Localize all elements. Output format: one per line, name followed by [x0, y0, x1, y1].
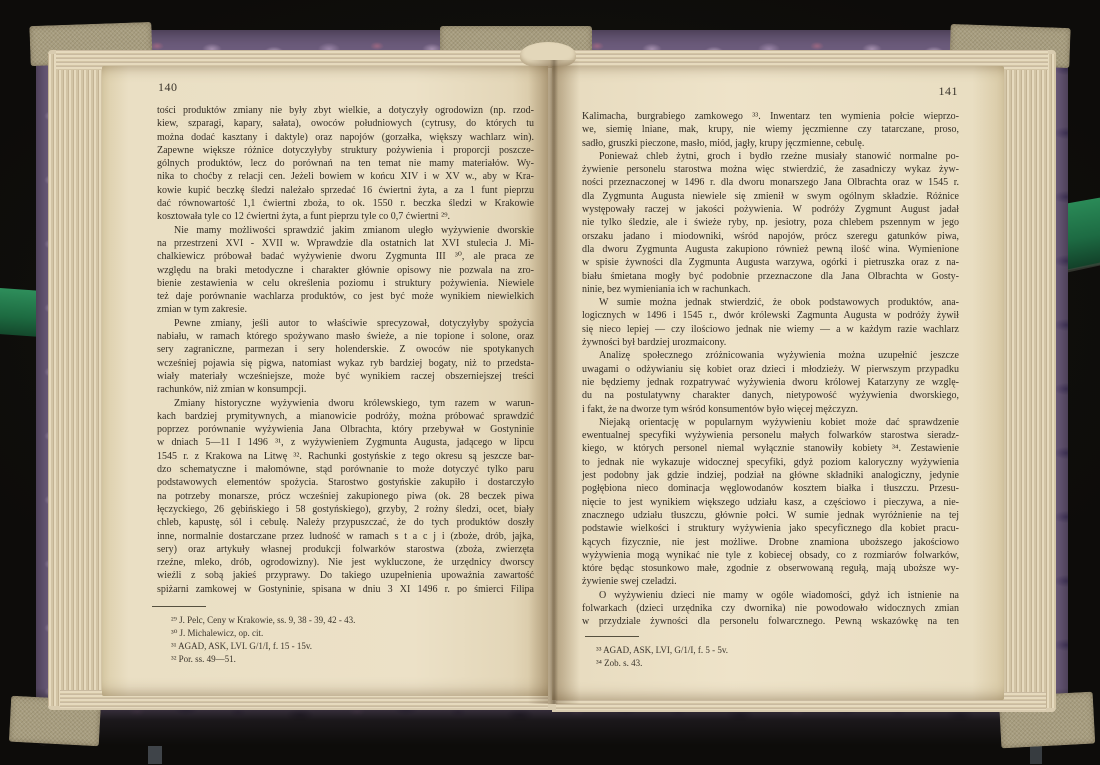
text-line: nie tylko śledzie, ale i świeże ryby, np…: [582, 216, 959, 229]
text-line: bienie zestawienia w celu określenia poz…: [157, 277, 534, 290]
body-text-right: Kalimacha, burgrabiego zamkowego ³³. Inw…: [582, 110, 959, 629]
text-line: Ponieważ chleb żytni, groch i bydło rzeź…: [582, 150, 959, 163]
text-line: ewentualnej specyfiki wyżywienia persone…: [582, 429, 959, 442]
text-line: jest podobny jak gdzie indziej, podział …: [582, 469, 959, 482]
text-line: Zapewne większe różnice dotyczyłyby stru…: [157, 144, 534, 157]
text-line: chleb, kapustę, sól i cebulę. Należy prz…: [157, 516, 534, 529]
text-line: kach bardziej prymitywnych, a mianowicie…: [157, 410, 534, 423]
text-line: też daje porównanie wachlarza produktów,…: [157, 290, 534, 303]
text-line: logicznych w 1496 i 1545 r., dwór królew…: [582, 309, 959, 322]
text-line: du na postulatywny charakter danych, nie…: [582, 389, 959, 402]
footnote-rule-left: [152, 606, 206, 607]
text-line: w przydziale żywności dla personelu folw…: [582, 615, 959, 628]
text-line: w dniach 5—11 I 1496 ³¹, z wyżywieniem Z…: [157, 436, 534, 449]
text-line: tości produktów zmiany nie były zbyt wie…: [157, 104, 534, 117]
footnote-line: ³² Por. ss. 49—51.: [157, 653, 534, 666]
text-line: żywności był bardziej urozmaicony.: [582, 336, 959, 349]
text-line: wieźli z sobą jakieś przyprawy. Do takie…: [157, 569, 534, 582]
text-line: na potrzeby monarsze, prócz wcześniej za…: [157, 490, 534, 503]
footnotes-right: ³³ AGAD, ASK, LVI, G/1/I, f. 5 - 5v.³⁴ Z…: [582, 644, 959, 670]
gutter-shadow: [528, 60, 580, 704]
text-line: O wyżywieniu dzieci nie mamy w ogóle wia…: [582, 589, 959, 602]
page-number-left: 140: [158, 80, 178, 95]
text-line: wiały materiały wcześniejsze, może być w…: [157, 370, 534, 383]
text-line: podstawie wielkości i struktury wyżywien…: [582, 522, 959, 535]
text-line: poprzez porównanie wyżywienia Jana Olbra…: [157, 423, 534, 436]
page-number-right: 141: [582, 84, 958, 99]
text-line: orszaku jadano i miodowniki, wśród napoj…: [582, 230, 959, 243]
text-line: Niejaką orientację w popularnym wyżywien…: [582, 416, 959, 429]
text-line: się nieco lepiej — czy ilościowo jednak …: [582, 323, 959, 336]
text-line: kosztowała tyle co 12 ćwiertni żyta, a f…: [157, 210, 534, 223]
text-line: dla Zygmunta Augusta niewiele się zmieni…: [582, 190, 959, 203]
text-line: uwagami o odżywianiu się kobiet oraz dzi…: [582, 363, 959, 376]
text-line: W sumie można jednak stwierdzić, że obok…: [582, 296, 959, 309]
text-line: w spisie żywności dla Zygmunta Augusta w…: [582, 256, 959, 269]
text-line: i fakt, że na dworze tym wśród konsument…: [582, 403, 959, 416]
text-line: względu na braki metodyczne i charakter …: [157, 264, 534, 277]
footnote-line: ³¹ AGAD, ASK, LVI. G/1/I, f. 15 - 15v.: [157, 640, 534, 653]
text-line: nabiału, w ramach którego spożywano masł…: [157, 330, 534, 343]
text-line: żywienie personelu starostwa można więc …: [582, 163, 959, 176]
text-line: rachunków, niż zmian w konsumpcji.: [157, 383, 534, 396]
text-line: ności przeznaczonej w 1496 r. dla dworu …: [582, 176, 959, 189]
text-line: sadło, gruszki pieczone, masło, miód, ja…: [582, 137, 959, 150]
text-line: spiżarni zamkowej w Gostyninie, spisana …: [157, 583, 534, 596]
text-line: nika to choćby z relacji cen. Jeżeli bow…: [157, 170, 534, 183]
text-line: Nie mamy możliwości sprawdzić jakim zmia…: [157, 224, 534, 237]
text-line: to jednak nie wykazuje widocznej specyfi…: [582, 456, 959, 469]
text-line: pogłębiona nieco dominacja węglowodanów …: [582, 482, 959, 495]
text-line: Analizę społecznego zróżnicowania wyżywi…: [582, 349, 959, 362]
text-line: wcześniej pojawia się pigwa, natomiast w…: [157, 357, 534, 370]
text-line: można dodać kasztany i daktyle) oraz nap…: [157, 131, 534, 144]
text-line: Kalimacha, burgrabiego zamkowego ³³. Inw…: [582, 110, 959, 123]
text-line: kiew, szparagi, kapary, sałata), owoców …: [157, 117, 534, 130]
footnote-line: ²⁹ J. Pelc, Ceny w Krakowie, ss. 9, 38 -…: [157, 614, 534, 627]
text-line: kących fizycznie, nie jest możliwe. Drob…: [582, 536, 959, 549]
text-line: rzeźne, mleko, drób, ogrodowizny). Nie j…: [157, 556, 534, 569]
scanned-book-spread: 140 tości produktów zmiany nie były zbyt…: [0, 0, 1100, 765]
page-edges-right: [996, 54, 1056, 708]
text-line: dla dworu Zygmunta Augusta zakupiono rów…: [582, 243, 959, 256]
text-line: we, siemię lniane, mak, krupy, nie wiemy…: [582, 123, 959, 136]
text-line: zmian w tym zakresie.: [157, 303, 534, 316]
text-line: ninie, bez wymieniania ich w rachunkach.: [582, 283, 959, 296]
body-text-left: tości produktów zmiany nie były zbyt wie…: [157, 104, 534, 596]
page-edges-left: [48, 54, 108, 706]
text-line: sery zagraniczne, parmezan i sery holend…: [157, 343, 534, 356]
text-line: kowie kupić beczkę śledzi należało sprze…: [157, 184, 534, 197]
text-line: występowały raczej w jakości pożywienia.…: [582, 203, 959, 216]
cradle-mark-left: [148, 744, 162, 764]
text-line: inne, normalnie dostarczane przez ludnoś…: [157, 530, 534, 543]
text-line: chalkiewicz próbował badać wyżywienie dw…: [157, 250, 534, 263]
text-line: które będąc stosunkowo małe, zgodnie z o…: [582, 562, 959, 575]
text-line: folwarkach (dzieci urzędnika czy dwornik…: [582, 602, 959, 615]
text-line: Zmiany historyczne wyżywienia dworu król…: [157, 397, 534, 410]
text-line: nie będziemy jednak rozpatrywać wyżywien…: [582, 376, 959, 389]
text-line: wyżywienia mogą wynikać nie tyle z kobie…: [582, 549, 959, 562]
text-line: podstawowych elementów spożycia. Starost…: [157, 476, 534, 489]
text-line: 1545 r. z Krakowa na Litwę ³². Rachunki …: [157, 450, 534, 463]
text-line: żywienie swej czeladzi.: [582, 575, 959, 588]
text-line: sery) oraz artykuły własnej produkcji fo…: [157, 543, 534, 556]
text-line: na przestrzeni XVI - XVII w. Wprawdzie d…: [157, 237, 534, 250]
footnote-rule-right: [585, 636, 639, 637]
text-line: znacznego udziału tłuszczu, głównie połc…: [582, 509, 959, 522]
text-line: nięcie to jest wynikiem większego udział…: [582, 496, 959, 509]
footnote-line: ³³ AGAD, ASK, LVI, G/1/I, f. 5 - 5v.: [582, 644, 959, 657]
footnotes-left: ²⁹ J. Pelc, Ceny w Krakowie, ss. 9, 38 -…: [157, 614, 534, 666]
footnote-line: ³⁰ J. Michalewicz, op. cit.: [157, 627, 534, 640]
text-line: dać równowartość 1,1 ćwiertni zboża, to …: [157, 197, 534, 210]
text-line: dzo schematyczne i małomówne, stąd porów…: [157, 463, 534, 476]
text-line: gólnych produktów, lecz do porównań na t…: [157, 157, 534, 170]
text-line: Pewne zmiany, jeśli autor to właściwie s…: [157, 317, 534, 330]
text-line: biału śmietana mogły być podobnie przezn…: [582, 270, 959, 283]
text-line: łęczyckiego, 26 gębińskiego i 58 gostyńs…: [157, 503, 534, 516]
footnote-line: ³⁴ Zob. s. 43.: [582, 657, 959, 670]
text-line: kiego, w których personel niemal wyłączn…: [582, 442, 959, 455]
